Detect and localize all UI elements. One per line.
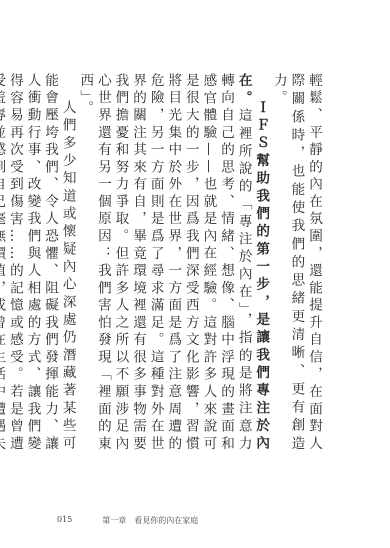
chapter-heading: 第一章 看見你的內在家庭 <box>102 515 198 526</box>
page-footer: 015 第一章 看見你的內在家庭 <box>57 515 198 526</box>
paragraph-1: 輕鬆、平靜的內在氛圍，還能提升自信，在面對人際關係時，也能使我們的思緒更清晰、更… <box>269 73 322 453</box>
page-number: 015 <box>57 515 72 526</box>
book-page: 輕鬆、平靜的內在氛圍，還能提升自信，在面對人際關係時，也能使我們的思緒更清晰、更… <box>0 0 390 548</box>
paragraph-2: ＩＦＳ幫助我們的第一步，是讓我們專注於內在。這裡所說的「專注於內在」，指的是將注… <box>76 73 270 453</box>
paragraph-3: 人們多少知道或懷疑內心深處仍潛藏著某些可能會壓垮我們、令人恐懼、阻礙我們發揮能力… <box>0 73 76 453</box>
paragraph-3-text: 人們多少知道或懷疑內心深處仍潛藏著某些可能會壓垮我們、令人恐懼、阻礙我們發揮能力… <box>0 73 76 453</box>
paragraph-2-text: 這裡所說的「專注於內在」，指的是將注意力轉向自己的思考、情緒、想像、腦中浮現的畫… <box>77 73 251 453</box>
chapter-title: 看見你的內在家庭 <box>134 515 198 526</box>
vertical-text-block: 輕鬆、平靜的內在氛圍，還能提升自信，在面對人際關係時，也能使我們的思緒更清晰、更… <box>0 73 322 453</box>
paragraph-1-text: 輕鬆、平靜的內在氛圍，還能提升自信，在面對人際關係時，也能使我們的思緒更清晰、更… <box>271 73 322 453</box>
chapter-label: 第一章 <box>102 515 126 526</box>
